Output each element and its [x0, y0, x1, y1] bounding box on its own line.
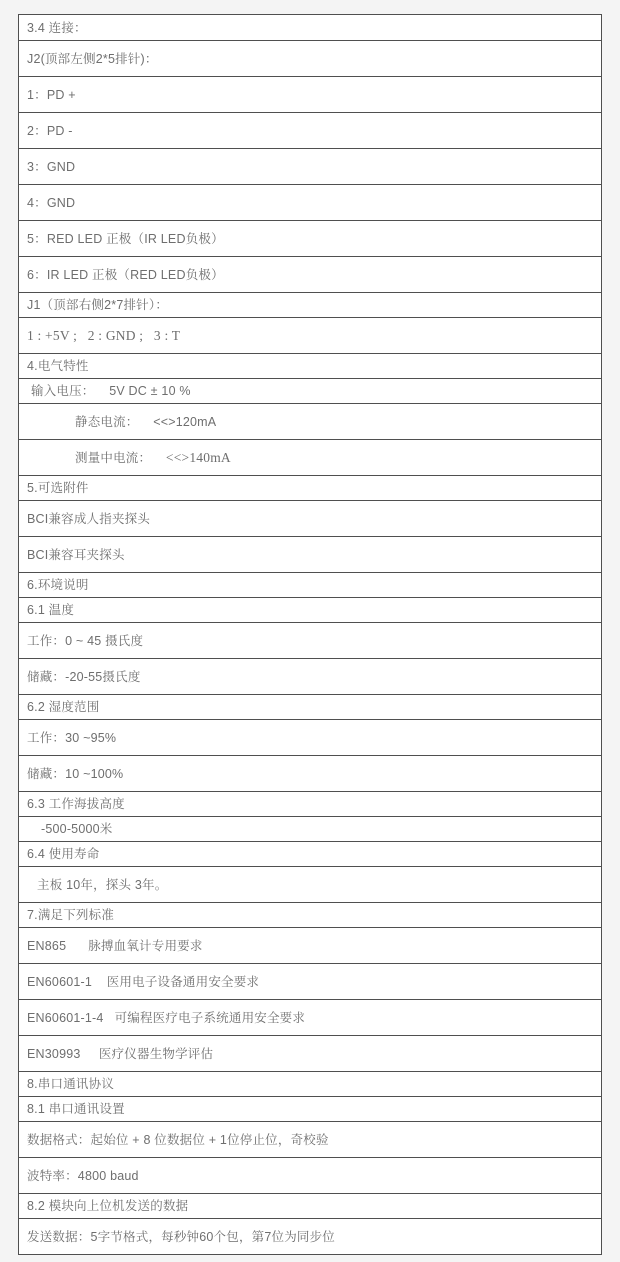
table-row: 数据格式：起始位 + 8 位数据位 + 1位停止位，奇校验: [19, 1121, 601, 1157]
row-text: 3：GND: [27, 159, 75, 175]
row-text: 测量中电流：: [75, 450, 166, 466]
row-text: 8.2 模块向上位机发送的数据: [27, 1198, 188, 1214]
row-text: 4：GND: [27, 195, 75, 211]
table-row: 4.电气特性: [19, 353, 601, 378]
row-text: 8.1 串口通讯设置: [27, 1101, 125, 1117]
row-text: 4.电气特性: [27, 358, 89, 374]
table-row: 输入电压： 5V DC ± 10 %: [19, 378, 601, 403]
row-text: 输入电压： 5V DC ± 10 %: [31, 383, 191, 399]
row-text: 6.2 湿度范围: [27, 699, 99, 715]
row-text: EN865 脉搏血氧计专用要求: [27, 938, 203, 954]
table-row: 8.2 模块向上位机发送的数据: [19, 1193, 601, 1218]
table-row: 储藏：10 ~100%: [19, 755, 601, 791]
row-text: 主板 10年，探头 3年。: [37, 877, 167, 893]
row-text: 发送数据：5字节格式，每秒钟60个包，第7位为同步位: [27, 1229, 335, 1245]
row-text-serif: 1 : +5V ; 2 : GND ; 3 : T: [27, 328, 180, 344]
table-row: BCI兼容成人指夹探头: [19, 500, 601, 536]
table-row: 主板 10年，探头 3年。: [19, 866, 601, 902]
table-row: EN865 脉搏血氧计专用要求: [19, 927, 601, 963]
table-row: 6.3 工作海拔高度: [19, 791, 601, 816]
row-text: BCI兼容成人指夹探头: [27, 511, 150, 527]
table-row: -500-5000米: [19, 816, 601, 841]
row-text: 储藏：-20-55摄氏度: [27, 669, 141, 685]
table-row: 8.1 串口通讯设置: [19, 1096, 601, 1121]
row-text: 3.4 连接：: [27, 20, 87, 36]
table-row: EN60601-1 医用电子设备通用安全要求: [19, 963, 601, 999]
row-text: 2：PD -: [27, 123, 73, 139]
row-text: 6.4 使用寿命: [27, 846, 99, 862]
row-text: 8.串口通讯协议: [27, 1076, 114, 1092]
table-row: EN60601-1-4 可编程医疗电子系统通用安全要求: [19, 999, 601, 1035]
row-text-serif: <<>140mA: [166, 450, 231, 466]
table-row: 6.2 湿度范围: [19, 694, 601, 719]
table-row: BCI兼容耳夹探头: [19, 536, 601, 572]
table-row: 6.4 使用寿命: [19, 841, 601, 866]
row-text: J1（顶部右侧2*7排针）：: [27, 297, 168, 313]
table-row: 6：IR LED 正极（RED LED负极）: [19, 256, 601, 292]
table-row: 6.1 温度: [19, 597, 601, 622]
table-row: 1 : +5V ; 2 : GND ; 3 : T: [19, 317, 601, 353]
table-row: 5：RED LED 正极（IR LED负极）: [19, 220, 601, 256]
table-row: 6.环境说明: [19, 572, 601, 597]
table-row: 波特率：4800 baud: [19, 1157, 601, 1193]
row-text: J2(顶部左侧2*5排针)：: [27, 51, 158, 67]
table-row: J2(顶部左侧2*5排针)：: [19, 40, 601, 76]
row-text: EN30993 医疗仪器生物学评估: [27, 1046, 213, 1062]
table-row: 8.串口通讯协议: [19, 1071, 601, 1096]
row-text: 6.1 温度: [27, 602, 74, 618]
row-text: 6.环境说明: [27, 577, 89, 593]
table-row: 7.满足下列标准: [19, 902, 601, 927]
row-text: 6：IR LED 正极（RED LED负极）: [27, 267, 224, 283]
table-row: 工作：30 ~95%: [19, 719, 601, 755]
row-text: BCI兼容耳夹探头: [27, 547, 125, 563]
table-row: 发送数据：5字节格式，每秒钟60个包，第7位为同步位: [19, 1218, 601, 1254]
table-row: 储藏：-20-55摄氏度: [19, 658, 601, 694]
table-row: 1：PD +: [19, 76, 601, 112]
table-row: 3：GND: [19, 148, 601, 184]
table-row: EN30993 医疗仪器生物学评估: [19, 1035, 601, 1071]
table-row: 工作：0 ~ 45 摄氏度: [19, 622, 601, 658]
row-text: 7.满足下列标准: [27, 907, 114, 923]
row-text: 1：PD +: [27, 87, 76, 103]
table-row: 4：GND: [19, 184, 601, 220]
row-text: EN60601-1 医用电子设备通用安全要求: [27, 974, 259, 990]
row-text: 数据格式：起始位 + 8 位数据位 + 1位停止位，奇校验: [27, 1132, 329, 1148]
row-text: EN60601-1-4 可编程医疗电子系统通用安全要求: [27, 1010, 305, 1026]
row-text: 5：RED LED 正极（IR LED负极）: [27, 231, 224, 247]
table-row: 5.可选附件: [19, 475, 601, 500]
table-row: 测量中电流： <<>140mA: [19, 439, 601, 475]
row-text: 5.可选附件: [27, 480, 89, 496]
row-text: 工作：0 ~ 45 摄氏度: [27, 633, 143, 649]
table-row: 2：PD -: [19, 112, 601, 148]
row-text: 储藏：10 ~100%: [27, 766, 123, 782]
table-row: 3.4 连接：: [19, 15, 601, 40]
spec-table: 3.4 连接：J2(顶部左侧2*5排针)：1：PD +2：PD -3：GND4：…: [18, 14, 602, 1255]
table-row: 静态电流： <<>120mA: [19, 403, 601, 439]
row-text: 波特率：4800 baud: [27, 1168, 139, 1184]
table-row: J1（顶部右侧2*7排针）：: [19, 292, 601, 317]
row-text: 6.3 工作海拔高度: [27, 796, 125, 812]
row-text: -500-5000米: [41, 821, 113, 837]
row-text: 静态电流： <<>120mA: [75, 414, 216, 430]
row-text: 工作：30 ~95%: [27, 730, 116, 746]
